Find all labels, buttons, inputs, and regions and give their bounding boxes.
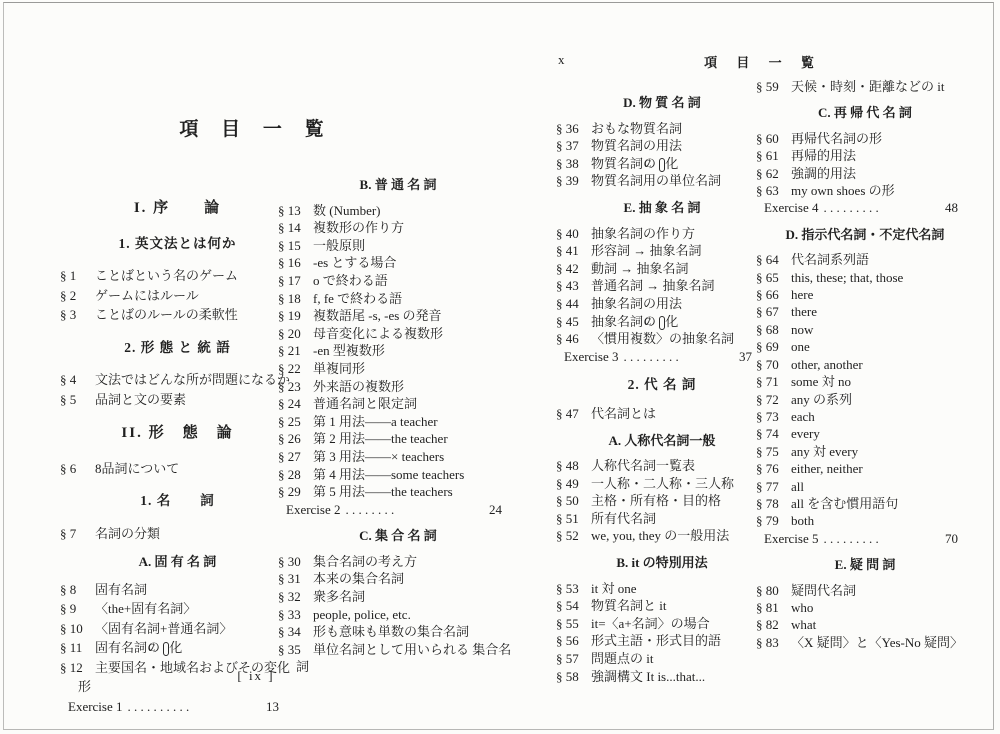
entry-text: 抽象名詞の用法 [591,296,682,311]
toc-entry: § 21-en 型複数形 [278,342,518,360]
entry-text: 天候・時刻・距離などの it [791,79,944,94]
entry-section-number: § 28 [278,466,313,484]
entry-section-number: § 78 [756,495,791,512]
entry-section-number: § 7 [60,524,95,544]
section-heading: 1. 名 詞 [60,491,295,511]
part-heading: I. 序 論 [60,199,295,219]
toc-entry: § 46〈慣用複数〉の抽象名詞 [556,330,768,348]
entry-text: there [791,304,817,319]
entry-section-number: § 23 [278,378,313,396]
toc-entry: § 27第 3 用法——× teachers [278,448,518,466]
toc-entry: § 41形容詞 → 抽象名詞 [556,242,768,260]
countable-box-icon: C [163,642,169,656]
entry-section-number: § 29 [278,483,313,501]
exercise-label: Exercise 1 [68,697,123,717]
entry-text: 普通名詞と限定詞 [313,396,417,411]
entry-text: 数 (Number) [313,203,381,218]
entry-text: 代名詞とは [591,406,656,421]
entry-section-number: § 27 [278,448,313,466]
entry-text: who [791,600,813,615]
entry-text: 普通名詞 → 抽象名詞 [591,278,715,293]
toc-entry: § 42動詞 → 抽象名詞 [556,260,768,278]
toc-entry: § 33people, police, etc. [278,606,518,624]
toc-entry: § 67there [756,303,974,320]
subsection-heading: E. 疑 問 詞 [756,556,974,573]
toc-entry: § 71some 対 no [756,373,974,390]
toc-entry: § 77all [756,478,974,495]
entry-text: 再帰的用法 [791,148,856,163]
entry-text: 固有名詞 [95,582,147,597]
toc-entry: § 20母音変化による複数形 [278,325,518,343]
entry-section-number: § 69 [756,338,791,355]
entry-text: 形も意味も単数の集合名詞 [313,624,469,639]
entry-section-number: § 32 [278,588,313,606]
entry-section-number: § 18 [278,290,313,308]
entry-text: 問題点の it [591,651,653,666]
entry-section-number: § 15 [278,237,313,255]
entry-text: -es とする場合 [313,255,396,270]
toc-entry: § 45抽象名詞の C化 [556,313,768,331]
entry-section-number: § 3 [60,305,95,325]
entry-section-number: § 73 [756,408,791,425]
toc-entry: § 2ゲームにはルール [60,286,295,306]
toc-entry: § 55it=〈a+名詞〉の場合 [556,615,768,633]
toc-entry: § 7名詞の分類 [60,524,295,544]
entry-section-number: § 21 [278,342,313,360]
toc-entry: § 50主格・所有格・目的格 [556,492,768,510]
entry-text: ことばという名のゲーム [95,268,238,283]
toc-entry: § 1ことばという名のゲーム [60,266,295,286]
toc-entry: § 24普通名詞と限定詞 [278,395,518,413]
entry-section-number: § 71 [756,373,791,390]
entry-section-number: § 16 [278,254,313,272]
toc-entry: § 29第 5 用法——the teachers [278,483,518,501]
toc-entry: § 14複数形の作り方 [278,219,518,237]
entry-text: my own shoes の形 [791,183,895,198]
entry-text: any 対 every [791,444,858,459]
exercise-page-number: 13 [266,697,279,717]
toc-entry: § 37物質名詞の用法 [556,137,768,155]
entry-section-number: § 1 [60,266,95,286]
toc-entry: § 75any 対 every [756,443,974,460]
entry-section-number: § 26 [278,430,313,448]
entry-section-number: § 76 [756,460,791,477]
entry-section-number: § 35 [278,641,313,659]
entry-text: 抽象名詞の C化 [591,314,678,329]
entry-text: both [791,513,814,528]
subsection-heading: D. 物 質 名 詞 [556,94,768,112]
exercise-label: Exercise 3 [564,348,619,366]
toc-entry: § 15一般原則 [278,237,518,255]
toc-entry: § 73each [756,408,974,425]
entry-section-number: § 74 [756,425,791,442]
toc-entry: § 59天候・時刻・距離などの it [756,78,974,95]
toc-entry: § 74every [756,425,974,442]
entry-text: some 対 no [791,374,851,389]
entry-section-number: § 9 [60,599,95,619]
entry-section-number: § 14 [278,219,313,237]
entry-section-number: § 34 [278,623,313,641]
entry-text: all を含む慣用語句 [791,496,898,511]
left-page-column-2: B. 普 通 名 詞§ 13数 (Number)§ 14複数形の作り方§ 15一… [278,176,518,676]
entry-section-number: § 55 [556,615,591,633]
entry-section-number: § 61 [756,147,791,164]
entry-section-number: § 37 [556,137,591,155]
entry-text: おもな物質名詞 [591,121,682,136]
entry-text: 外来語の複数形 [313,379,404,394]
toc-entry: § 17o で終わる語 [278,272,518,290]
entry-text: 複数語尾 -s, -es の発音 [313,308,442,323]
toc-entry: § 13数 (Number) [278,202,518,220]
entry-section-number: § 5 [60,390,95,410]
entry-text: f, fe で終わる語 [313,291,402,306]
entry-text: all [791,479,804,494]
exercise-line: Exercise 2. . . . . . . .24 [286,501,502,519]
exercise-page-number: 24 [489,501,502,519]
entry-section-number: § 60 [756,130,791,147]
entry-text: it 対 one [591,581,637,596]
entry-text: either, neither [791,461,863,476]
toc-entry: § 54物質名詞と it [556,597,768,615]
toc-entry: § 36おもな物質名詞 [556,120,768,138]
toc-entry: § 40抽象名詞の作り方 [556,225,768,243]
entry-text: 物質名詞と it [591,598,666,613]
toc-entry: § 56形式主語・形式目的語 [556,632,768,650]
entry-section-number: § 58 [556,668,591,686]
toc-entry: § 16-es とする場合 [278,254,518,272]
dot-leader: . . . . . . . . . [619,348,739,366]
toc-entry: § 58強調構文 It is...that... [556,668,768,686]
toc-entry: § 3ことばのルールの柔軟性 [60,305,295,325]
entry-section-number: § 79 [756,512,791,529]
entry-section-number: § 64 [756,251,791,268]
toc-entry: § 8固有名詞 [60,580,295,600]
toc-entry: § 31本来の集合名詞 [278,570,518,588]
toc-entry: § 10〈固有名詞+普通名詞〉 [60,619,295,639]
toc-entry: § 39物質名詞用の単位名詞 [556,172,768,190]
subsection-heading: D. 指示代名詞・不定代名詞 [756,226,974,243]
entry-section-number: § 52 [556,527,591,545]
entry-text: 強調構文 It is...that... [591,669,705,684]
entry-text: this, these; that, those [791,270,903,285]
entry-text: 人称代名詞一覧表 [591,458,695,473]
entry-section-number: § 51 [556,510,591,528]
entry-section-number: § 42 [556,260,591,278]
entry-text: 〈the+固有名詞〉 [95,601,196,616]
entry-text: 本来の集合名詞 [313,571,404,586]
entry-text: 形式主語・形式目的語 [591,633,721,648]
entry-section-number: § 30 [278,553,313,571]
entry-text: o で終わる語 [313,273,388,288]
dot-leader: . . . . . . . . [341,501,489,519]
entry-text: 抽象名詞の作り方 [591,226,695,241]
toc-entry: § 79both [756,512,974,529]
entry-section-number: § 36 [556,120,591,138]
entry-section-number: § 81 [756,599,791,616]
entry-section-number: § 19 [278,307,313,325]
entry-text: ことばのルールの柔軟性 [95,307,238,322]
toc-entry: § 80疑問代名詞 [756,582,974,599]
toc-entry: § 66here [756,286,974,303]
entry-section-number: § 33 [278,606,313,624]
entry-section-number: § 57 [556,650,591,668]
entry-section-number: § 31 [278,570,313,588]
subsection-heading: B. it の特別用法 [556,554,768,572]
entry-section-number: § 80 [756,582,791,599]
entry-text: it=〈a+名詞〉の場合 [591,616,710,631]
section-heading: 1. 英文法とは何か [60,234,295,254]
toc-entry: § 82what [756,616,974,633]
toc-entry: § 23外来語の複数形 [278,378,518,396]
toc-entry: § 70other, another [756,356,974,373]
entry-text: 動詞 → 抽象名詞 [591,261,689,276]
section-heading: 2. 代 名 詞 [556,376,768,394]
running-head-title: 項 目 一 覧 [556,52,970,71]
entry-section-number: § 41 [556,242,591,260]
entry-text: other, another [791,357,863,372]
exercise-page-number: 70 [945,530,958,547]
entry-section-number: § 75 [756,443,791,460]
left-page-column-1: I. 序 論1. 英文法とは何か§ 1ことばという名のゲーム§ 2ゲームにはルー… [60,184,295,716]
entry-text: each [791,409,815,424]
toc-entry: § 57問題点の it [556,650,768,668]
entry-text: 固有名詞の C化 [95,640,182,655]
exercise-line: Exercise 1. . . . . . . . . .13 [68,697,279,717]
countable-box-icon: C [659,316,665,330]
entry-text: 名詞の分類 [95,526,160,541]
toc-entry: § 52we, you, they の一般用法 [556,527,768,545]
entry-text: 〈慣用複数〉の抽象名詞 [591,331,734,346]
toc-entry: § 68品詞について [60,459,295,479]
toc-entry: § 68now [756,321,974,338]
entry-text: 一般原則 [313,238,365,253]
entry-text: 文法ではどんな所が問題になるか [95,372,290,387]
entry-text: 疑問代名詞 [791,583,856,598]
toc-entry: § 9〈the+固有名詞〉 [60,599,295,619]
section-heading: 2. 形 態 と 統 語 [60,338,295,358]
toc-entry: § 43普通名詞 → 抽象名詞 [556,277,768,295]
toc-entry: § 22単複同形 [278,360,518,378]
entry-section-number: § 65 [756,269,791,286]
toc-entry: § 49一人称・二人称・三人称 [556,475,768,493]
entry-section-number: § 39 [556,172,591,190]
entry-text: 〈X 疑問〉と〈Yes-No 疑問〉 [791,635,963,650]
right-page-column-1: D. 物 質 名 詞§ 36おもな物質名詞§ 37物質名詞の用法§ 38物質名詞… [556,94,768,685]
subsection-heading: C. 集 合 名 詞 [278,527,518,545]
right-page-column-2: § 59天候・時刻・距離などの itC. 再 帰 代 名 詞§ 60再帰代名詞の… [756,78,974,651]
running-head: 項 目 一 覧 x [556,52,970,70]
entry-section-number: § 25 [278,413,313,431]
entry-section-number: § 45 [556,313,591,331]
entry-text: 第 1 用法——a teacher [313,414,438,429]
entry-text: we, you, they の一般用法 [591,528,729,543]
right-page-number: x [558,52,565,68]
entry-text: 物質名詞の C化 [591,156,678,171]
countable-box-icon: C [659,158,665,172]
subsection-heading: A. 人称代名詞一般 [556,432,768,450]
entry-text: -en 型複数形 [313,343,385,358]
toc-entry: § 19複数語尾 -s, -es の発音 [278,307,518,325]
entry-section-number: § 53 [556,580,591,598]
entry-section-number: § 40 [556,225,591,243]
entry-text: 代名詞系列語 [791,252,869,267]
entry-text: every [791,426,820,441]
entry-section-number: § 13 [278,202,313,220]
entry-section-number: § 56 [556,632,591,650]
exercise-page-number: 48 [945,199,958,216]
entry-section-number: § 77 [756,478,791,495]
entry-section-number: § 43 [556,277,591,295]
entry-section-number: § 50 [556,492,591,510]
entry-text: 複数形の作り方 [313,220,404,235]
toc-entry: § 26第 2 用法——the teacher [278,430,518,448]
entry-text: 強調的用法 [791,166,856,181]
entry-section-number: § 6 [60,459,95,479]
entry-text: 単複同形 [313,361,365,376]
entry-text: 再帰代名詞の形 [791,131,882,146]
entry-text: people, police, etc. [313,607,411,622]
book-spread-scan: 項 目 一 覧 I. 序 論1. 英文法とは何か§ 1ことばという名のゲーム§ … [0,0,1000,734]
entry-section-number: § 62 [756,165,791,182]
entry-text: 品詞と文の要素 [95,392,186,407]
entry-text: one [791,339,810,354]
toc-entry: § 81who [756,599,974,616]
toc-entry: § 60再帰代名詞の形 [756,130,974,147]
toc-entry: § 76either, neither [756,460,974,477]
toc-entry: § 48人称代名詞一覧表 [556,457,768,475]
entry-text: 第 3 用法——× teachers [313,449,444,464]
entry-section-number: § 48 [556,457,591,475]
entry-section-number: § 70 [756,356,791,373]
entry-section-number: § 54 [556,597,591,615]
entry-text: 〈固有名詞+普通名詞〉 [95,621,232,636]
exercise-page-number: 37 [739,348,752,366]
dot-leader: . . . . . . . . . [819,530,945,547]
entry-section-number: § 66 [756,286,791,303]
toc-entry: § 61再帰的用法 [756,147,974,164]
entry-section-number: § 20 [278,325,313,343]
entry-section-number: § 72 [756,391,791,408]
entry-text: ゲームにはルール [95,288,199,303]
entry-section-number: § 24 [278,395,313,413]
entry-section-number: § 8 [60,580,95,600]
entry-text: 第 2 用法——the teacher [313,431,448,446]
toc-entry: § 69one [756,338,974,355]
toc-entry: § 72any の系列 [756,391,974,408]
entry-section-number: § 47 [556,405,591,423]
exercise-line: Exercise 4. . . . . . . . .48 [764,199,958,216]
entry-text: 第 5 用法——the teachers [313,484,453,499]
toc-entry: § 51所有代名詞 [556,510,768,528]
entry-text: now [791,322,813,337]
left-page-number: [ ix ] [0,668,512,684]
entry-text: 8品詞について [95,461,179,476]
entry-section-number: § 4 [60,370,95,390]
entry-text: 物質名詞の用法 [591,138,682,153]
toc-entry: § 34形も意味も単数の集合名詞 [278,623,518,641]
entry-section-number: § 2 [60,286,95,306]
exercise-line: Exercise 5. . . . . . . . .70 [764,530,958,547]
entry-text: 母音変化による複数形 [313,326,443,341]
entry-section-number: § 83 [756,634,791,651]
entry-section-number: § 22 [278,360,313,378]
toc-entry: § 47代名詞とは [556,405,768,423]
entry-text: 物質名詞用の単位名詞 [591,173,721,188]
subsection-heading: C. 再 帰 代 名 詞 [756,104,974,121]
entry-section-number: § 82 [756,616,791,633]
entry-text: 衆多名詞 [313,589,365,604]
exercise-label: Exercise 2 [286,501,341,519]
entry-text: 集合名詞の考え方 [313,554,417,569]
toc-entry: § 53it 対 one [556,580,768,598]
entry-section-number: § 68 [756,321,791,338]
toc-entry: § 38物質名詞の C化 [556,155,768,173]
entry-section-number: § 67 [756,303,791,320]
entry-text: 第 4 用法——some teachers [313,467,464,482]
entry-section-number: § 17 [278,272,313,290]
toc-entry: § 25第 1 用法——a teacher [278,413,518,431]
toc-entry: § 83〈X 疑問〉と〈Yes-No 疑問〉 [756,634,974,651]
entry-text: 形容詞 → 抽象名詞 [591,243,702,258]
subsection-heading: E. 抽 象 名 詞 [556,199,768,217]
toc-entry: § 4文法ではどんな所が問題になるか [60,370,295,390]
entry-text: 主格・所有格・目的格 [591,493,721,508]
entry-text: 所有代名詞 [591,511,656,526]
toc-entry: § 5品詞と文の要素 [60,390,295,410]
entry-section-number: § 46 [556,330,591,348]
exercise-label: Exercise 5 [764,530,819,547]
toc-entry: § 28第 4 用法——some teachers [278,466,518,484]
toc-entry: § 18f, fe で終わる語 [278,290,518,308]
toc-entry: § 65this, these; that, those [756,269,974,286]
toc-entry: § 63my own shoes の形 [756,182,974,199]
part-heading: II. 形 態 論 [60,424,295,444]
toc-entry: § 64代名詞系列語 [756,251,974,268]
exercise-line: Exercise 3. . . . . . . . .37 [564,348,752,366]
entry-text: 一人称・二人称・三人称 [591,476,734,491]
entry-section-number: § 59 [756,78,791,95]
subsection-heading: B. 普 通 名 詞 [278,176,518,194]
toc-entry: § 62強調的用法 [756,165,974,182]
entry-text: any の系列 [791,392,852,407]
entry-section-number: § 63 [756,182,791,199]
toc-entry: § 11固有名詞の C化 [60,638,295,658]
entry-section-number: § 11 [60,638,95,658]
toc-title: 項 目 一 覧 [0,114,512,141]
toc-entry: § 32衆多名詞 [278,588,518,606]
toc-entry: § 78all を含む慣用語句 [756,495,974,512]
entry-text: what [791,617,816,632]
entry-section-number: § 10 [60,619,95,639]
subsection-heading: A. 固 有 名 詞 [60,552,295,572]
exercise-label: Exercise 4 [764,199,819,216]
dot-leader: . . . . . . . . . [819,199,945,216]
toc-entry: § 30集合名詞の考え方 [278,553,518,571]
entry-section-number: § 38 [556,155,591,173]
entry-section-number: § 44 [556,295,591,313]
toc-entry: § 44抽象名詞の用法 [556,295,768,313]
entry-section-number: § 49 [556,475,591,493]
dot-leader: . . . . . . . . . . [123,697,266,717]
entry-text: here [791,287,813,302]
